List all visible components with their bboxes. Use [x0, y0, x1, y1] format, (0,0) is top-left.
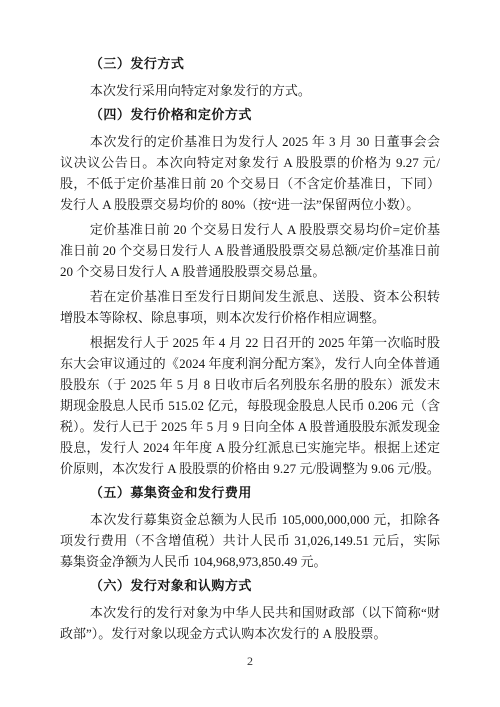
document-page: （三）发行方式 本次发行采用向特定对象发行的方式。 （四）发行价格和定价方式 本… — [0, 0, 500, 707]
section-heading: （三）发行方式 — [60, 54, 440, 74]
section-heading: （五）募集资金和发行费用 — [60, 483, 440, 503]
section-issuance-method: （三）发行方式 本次发行采用向特定对象发行的方式。 — [60, 54, 440, 101]
section-heading: （六）发行对象和认购方式 — [60, 576, 440, 596]
paragraph: 本次发行的定价基准日为发行人 2025 年 3 月 30 日董事会会议决议公告日… — [60, 131, 440, 215]
section-raised-funds: （五）募集资金和发行费用 本次发行募集资金总额为人民币 105,000,000,… — [60, 483, 440, 572]
page-number: 2 — [0, 654, 500, 669]
paragraph: 根据发行人于 2025 年 4 月 22 日召开的 2025 年第一次临时股东大… — [60, 332, 440, 479]
paragraph: 若在定价基准日至发行日期间发生派息、送股、资本公积转增股本等除权、除息事项，则本… — [60, 286, 440, 328]
paragraph: 定价基准日前 20 个交易日发行人 A 股股票交易均价=定价基准日前 20 个交… — [60, 219, 440, 282]
paragraph: 本次发行的发行对象为中华人民共和国财政部（以下简称“财政部”）。发行对象以现金方… — [60, 602, 440, 644]
section-subscription-method: （六）发行对象和认购方式 本次发行的发行对象为中华人民共和国财政部（以下简称“财… — [60, 576, 440, 644]
paragraph: 本次发行采用向特定对象发行的方式。 — [60, 80, 440, 101]
document-body: （三）发行方式 本次发行采用向特定对象发行的方式。 （四）发行价格和定价方式 本… — [60, 54, 440, 648]
section-pricing-method: （四）发行价格和定价方式 本次发行的定价基准日为发行人 2025 年 3 月 3… — [60, 105, 440, 479]
section-heading: （四）发行价格和定价方式 — [60, 105, 440, 125]
paragraph: 本次发行募集资金总额为人民币 105,000,000,000 元，扣除各项发行费… — [60, 509, 440, 572]
